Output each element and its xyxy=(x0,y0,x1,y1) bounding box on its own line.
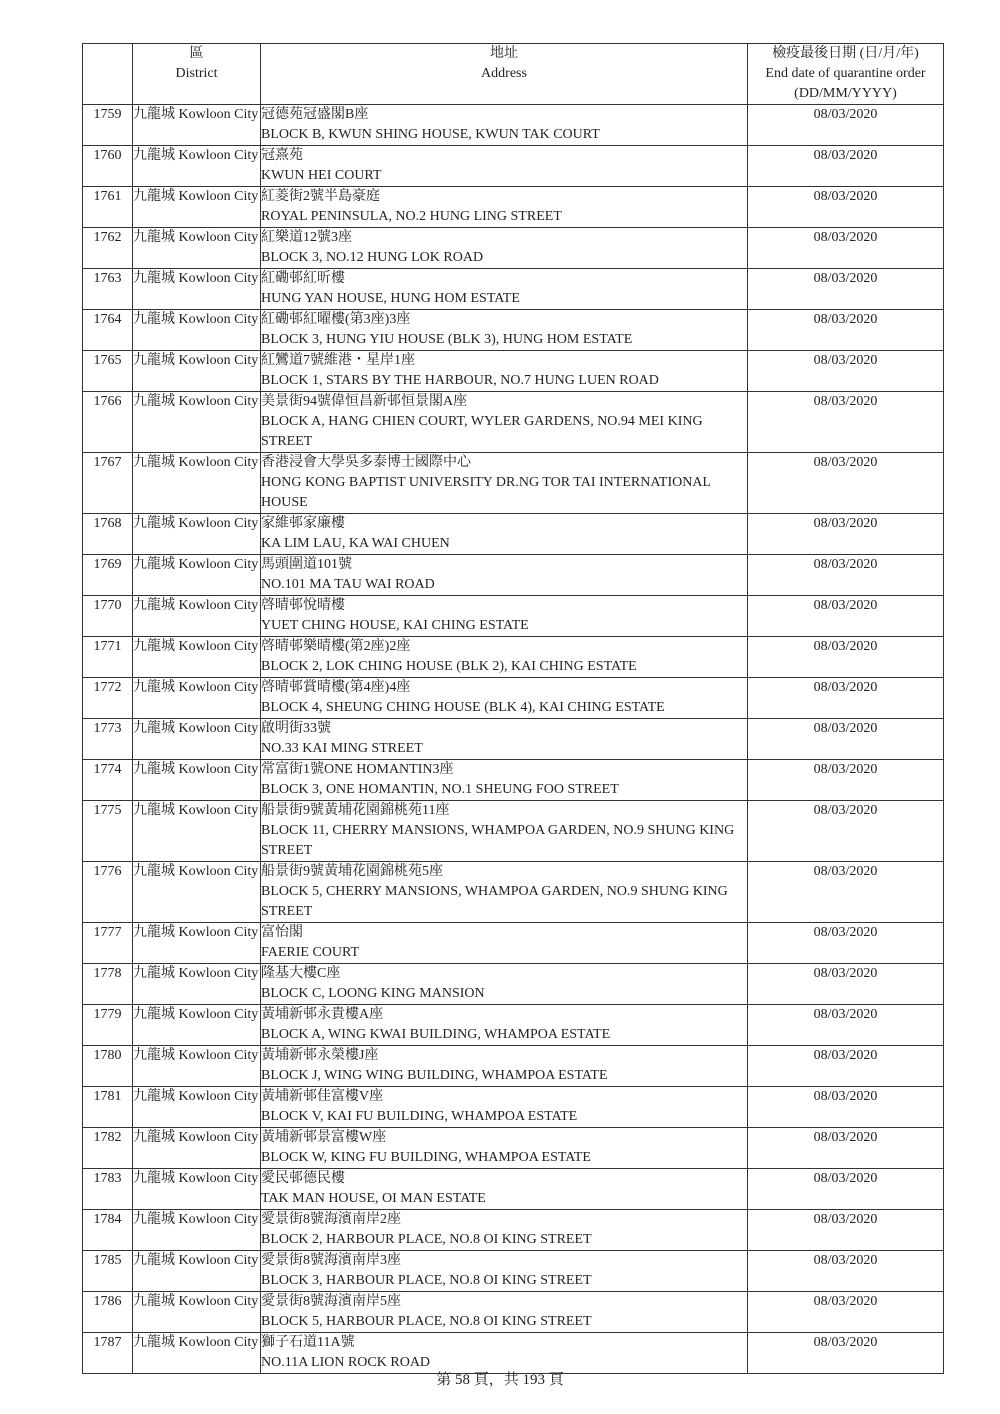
address-en: BLOCK 2, LOK CHING HOUSE (BLK 2), KAI CH… xyxy=(261,657,747,677)
row-district: 九龍城 Kowloon City xyxy=(133,801,261,862)
table-body: 1759九龍城 Kowloon City冠德苑冠盛閣B座BLOCK B, KWU… xyxy=(83,105,944,1374)
address-en: TAK MAN HOUSE, OI MAN ESTATE xyxy=(261,1189,747,1209)
address-zh: 黃埔新邨永貴樓A座 xyxy=(261,1005,747,1025)
address-en: KWUN HEI COURT xyxy=(261,166,747,186)
header-district: 區 District xyxy=(133,44,261,105)
row-number: 1772 xyxy=(83,678,133,719)
row-address: 紅樂道12號3座BLOCK 3, NO.12 HUNG LOK ROAD xyxy=(261,228,748,269)
address-en: BLOCK B, KWUN SHING HOUSE, KWUN TAK COUR… xyxy=(261,125,747,145)
table-row: 1761九龍城 Kowloon City紅菱街2號半島豪庭ROYAL PENIN… xyxy=(83,187,944,228)
row-district: 九龍城 Kowloon City xyxy=(133,1128,261,1169)
row-end-date: 08/03/2020 xyxy=(748,514,944,555)
address-en: BLOCK J, WING WING BUILDING, WHAMPOA EST… xyxy=(261,1066,747,1086)
row-address: 啟明街33號NO.33 KAI MING STREET xyxy=(261,719,748,760)
row-number: 1774 xyxy=(83,760,133,801)
row-number: 1770 xyxy=(83,596,133,637)
address-zh: 啓晴邨樂晴樓(第2座)2座 xyxy=(261,637,747,657)
row-number: 1764 xyxy=(83,310,133,351)
row-address: 冠熹苑KWUN HEI COURT xyxy=(261,146,748,187)
table-row: 1773九龍城 Kowloon City啟明街33號NO.33 KAI MING… xyxy=(83,719,944,760)
row-district: 九龍城 Kowloon City xyxy=(133,228,261,269)
row-address: 愛民邨德民樓TAK MAN HOUSE, OI MAN ESTATE xyxy=(261,1169,748,1210)
address-zh: 愛景街8號海濱南岸5座 xyxy=(261,1292,747,1312)
table-row: 1767九龍城 Kowloon City香港浸會大學吳多泰博士國際中心HONG … xyxy=(83,453,944,514)
address-zh: 黃埔新邨景富樓W座 xyxy=(261,1128,747,1148)
row-address: 黃埔新邨景富樓W座BLOCK W, KING FU BUILDING, WHAM… xyxy=(261,1128,748,1169)
row-number: 1786 xyxy=(83,1292,133,1333)
address-zh: 馬頭圍道101號 xyxy=(261,555,747,575)
table-row: 1777九龍城 Kowloon City富怡閣FAERIE COURT08/03… xyxy=(83,923,944,964)
table-row: 1764九龍城 Kowloon City紅磡邨紅曜樓(第3座)3座BLOCK 3… xyxy=(83,310,944,351)
row-address: 啓晴邨賞晴樓(第4座)4座BLOCK 4, SHEUNG CHING HOUSE… xyxy=(261,678,748,719)
row-number: 1781 xyxy=(83,1087,133,1128)
address-zh: 香港浸會大學吳多泰博士國際中心 xyxy=(261,453,747,473)
address-en: BLOCK V, KAI FU BUILDING, WHAMPOA ESTATE xyxy=(261,1107,747,1127)
table-row: 1760九龍城 Kowloon City冠熹苑KWUN HEI COURT08/… xyxy=(83,146,944,187)
table-row: 1779九龍城 Kowloon City黃埔新邨永貴樓A座BLOCK A, WI… xyxy=(83,1005,944,1046)
row-address: 香港浸會大學吳多泰博士國際中心HONG KONG BAPTIST UNIVERS… xyxy=(261,453,748,514)
row-district: 九龍城 Kowloon City xyxy=(133,1210,261,1251)
row-district: 九龍城 Kowloon City xyxy=(133,392,261,453)
address-zh: 愛景街8號海濱南岸2座 xyxy=(261,1210,747,1230)
row-end-date: 08/03/2020 xyxy=(748,637,944,678)
table-row: 1769九龍城 Kowloon City馬頭圍道101號NO.101 MA TA… xyxy=(83,555,944,596)
address-zh: 常富街1號ONE HOMANTIN3座 xyxy=(261,760,747,780)
address-en: BLOCK 3, ONE HOMANTIN, NO.1 SHEUNG FOO S… xyxy=(261,780,747,800)
address-zh: 紅菱街2號半島豪庭 xyxy=(261,187,747,207)
row-number: 1782 xyxy=(83,1128,133,1169)
table-row: 1776九龍城 Kowloon City船景街9號黃埔花園錦桃苑5座BLOCK … xyxy=(83,862,944,923)
row-number: 1776 xyxy=(83,862,133,923)
header-number xyxy=(83,44,133,105)
table-row: 1771九龍城 Kowloon City啓晴邨樂晴樓(第2座)2座BLOCK 2… xyxy=(83,637,944,678)
row-end-date: 08/03/2020 xyxy=(748,146,944,187)
header-address: 地址 Address xyxy=(261,44,748,105)
address-zh: 紅磡邨紅昕樓 xyxy=(261,269,747,289)
quarantine-address-table: 區 District 地址 Address 檢疫最後日期 (日/月/年) End… xyxy=(82,43,944,1374)
page-number: 第 58 頁，共 193 頁 xyxy=(0,1368,1000,1389)
address-zh: 船景街9號黃埔花園錦桃苑11座 xyxy=(261,801,747,821)
row-address: 美景街94號偉恒昌新邨恒景閣A座BLOCK A, HANG CHIEN COUR… xyxy=(261,392,748,453)
table-row: 1765九龍城 Kowloon City紅鸞道7號維港・星岸1座BLOCK 1,… xyxy=(83,351,944,392)
row-district: 九龍城 Kowloon City xyxy=(133,269,261,310)
row-end-date: 08/03/2020 xyxy=(748,1005,944,1046)
row-district: 九龍城 Kowloon City xyxy=(133,310,261,351)
row-address: 啓晴邨樂晴樓(第2座)2座BLOCK 2, LOK CHING HOUSE (B… xyxy=(261,637,748,678)
row-end-date: 08/03/2020 xyxy=(748,187,944,228)
header-date-en: End date of quarantine order xyxy=(748,64,943,84)
row-end-date: 08/03/2020 xyxy=(748,392,944,453)
row-end-date: 08/03/2020 xyxy=(748,228,944,269)
address-zh: 啓晴邨賞晴樓(第4座)4座 xyxy=(261,678,747,698)
row-number: 1771 xyxy=(83,637,133,678)
row-number: 1766 xyxy=(83,392,133,453)
table-row: 1782九龍城 Kowloon City黃埔新邨景富樓W座BLOCK W, KI… xyxy=(83,1128,944,1169)
address-en: BLOCK 3, HARBOUR PLACE, NO.8 OI KING STR… xyxy=(261,1271,747,1291)
row-district: 九龍城 Kowloon City xyxy=(133,1005,261,1046)
header-date-zh: 檢疫最後日期 (日/月/年) xyxy=(748,44,943,64)
row-district: 九龍城 Kowloon City xyxy=(133,964,261,1005)
row-number: 1780 xyxy=(83,1046,133,1087)
address-en: BLOCK 5, HARBOUR PLACE, NO.8 OI KING STR… xyxy=(261,1312,747,1332)
row-address: 冠德苑冠盛閣B座BLOCK B, KWUN SHING HOUSE, KWUN … xyxy=(261,105,748,146)
address-zh: 啟明街33號 xyxy=(261,719,747,739)
row-end-date: 08/03/2020 xyxy=(748,1292,944,1333)
row-number: 1775 xyxy=(83,801,133,862)
row-district: 九龍城 Kowloon City xyxy=(133,453,261,514)
row-address: 紅鸞道7號維港・星岸1座BLOCK 1, STARS BY THE HARBOU… xyxy=(261,351,748,392)
row-number: 1761 xyxy=(83,187,133,228)
row-district: 九龍城 Kowloon City xyxy=(133,637,261,678)
address-zh: 船景街9號黃埔花園錦桃苑5座 xyxy=(261,862,747,882)
table-row: 1766九龍城 Kowloon City美景街94號偉恒昌新邨恒景閣A座BLOC… xyxy=(83,392,944,453)
row-number: 1779 xyxy=(83,1005,133,1046)
row-address: 愛景街8號海濱南岸5座BLOCK 5, HARBOUR PLACE, NO.8 … xyxy=(261,1292,748,1333)
address-en: NO.101 MA TAU WAI ROAD xyxy=(261,575,747,595)
header-end-date: 檢疫最後日期 (日/月/年) End date of quarantine or… xyxy=(748,44,944,105)
row-end-date: 08/03/2020 xyxy=(748,596,944,637)
row-number: 1760 xyxy=(83,146,133,187)
row-number: 1765 xyxy=(83,351,133,392)
table-row: 1783九龍城 Kowloon City愛民邨德民樓TAK MAN HOUSE,… xyxy=(83,1169,944,1210)
header-district-zh: 區 xyxy=(133,44,260,64)
address-en: BLOCK 2, HARBOUR PLACE, NO.8 OI KING STR… xyxy=(261,1230,747,1250)
address-zh: 隆基大樓C座 xyxy=(261,964,747,984)
row-end-date: 08/03/2020 xyxy=(748,862,944,923)
row-end-date: 08/03/2020 xyxy=(748,1046,944,1087)
table-row: 1781九龍城 Kowloon City黃埔新邨佳富樓V座BLOCK V, KA… xyxy=(83,1087,944,1128)
row-address: 船景街9號黃埔花園錦桃苑11座BLOCK 11, CHERRY MANSIONS… xyxy=(261,801,748,862)
address-zh: 啓晴邨悅晴樓 xyxy=(261,596,747,616)
row-address: 家維邨家廉樓KA LIM LAU, KA WAI CHUEN xyxy=(261,514,748,555)
row-end-date: 08/03/2020 xyxy=(748,760,944,801)
table-row: 1770九龍城 Kowloon City啓晴邨悅晴樓YUET CHING HOU… xyxy=(83,596,944,637)
table-row: 1759九龍城 Kowloon City冠德苑冠盛閣B座BLOCK B, KWU… xyxy=(83,105,944,146)
row-district: 九龍城 Kowloon City xyxy=(133,351,261,392)
row-address: 紅磡邨紅曜樓(第3座)3座BLOCK 3, HUNG YIU HOUSE (BL… xyxy=(261,310,748,351)
row-number: 1767 xyxy=(83,453,133,514)
row-number: 1778 xyxy=(83,964,133,1005)
row-district: 九龍城 Kowloon City xyxy=(133,1087,261,1128)
address-en: HONG KONG BAPTIST UNIVERSITY DR.NG TOR T… xyxy=(261,473,747,513)
row-end-date: 08/03/2020 xyxy=(748,1128,944,1169)
address-zh: 紅樂道12號3座 xyxy=(261,228,747,248)
address-zh: 黃埔新邨永榮樓J座 xyxy=(261,1046,747,1066)
row-district: 九龍城 Kowloon City xyxy=(133,719,261,760)
row-number: 1773 xyxy=(83,719,133,760)
row-address: 紅菱街2號半島豪庭ROYAL PENINSULA, NO.2 HUNG LING… xyxy=(261,187,748,228)
row-number: 1762 xyxy=(83,228,133,269)
row-end-date: 08/03/2020 xyxy=(748,801,944,862)
address-en: BLOCK 3, HUNG YIU HOUSE (BLK 3), HUNG HO… xyxy=(261,330,747,350)
address-zh: 紅磡邨紅曜樓(第3座)3座 xyxy=(261,310,747,330)
table-row: 1784九龍城 Kowloon City愛景街8號海濱南岸2座BLOCK 2, … xyxy=(83,1210,944,1251)
table-row: 1786九龍城 Kowloon City愛景街8號海濱南岸5座BLOCK 5, … xyxy=(83,1292,944,1333)
row-address: 常富街1號ONE HOMANTIN3座BLOCK 3, ONE HOMANTIN… xyxy=(261,760,748,801)
row-number: 1768 xyxy=(83,514,133,555)
address-en: BLOCK W, KING FU BUILDING, WHAMPOA ESTAT… xyxy=(261,1148,747,1168)
row-address: 船景街9號黃埔花園錦桃苑5座BLOCK 5, CHERRY MANSIONS, … xyxy=(261,862,748,923)
table-row: 1763九龍城 Kowloon City紅磡邨紅昕樓HUNG YAN HOUSE… xyxy=(83,269,944,310)
address-en: BLOCK A, WING KWAI BUILDING, WHAMPOA EST… xyxy=(261,1025,747,1045)
address-zh: 冠熹苑 xyxy=(261,146,747,166)
address-en: HUNG YAN HOUSE, HUNG HOM ESTATE xyxy=(261,289,747,309)
row-end-date: 08/03/2020 xyxy=(748,1251,944,1292)
row-end-date: 08/03/2020 xyxy=(748,719,944,760)
row-district: 九龍城 Kowloon City xyxy=(133,1169,261,1210)
row-number: 1783 xyxy=(83,1169,133,1210)
address-en: ROYAL PENINSULA, NO.2 HUNG LING STREET xyxy=(261,207,747,227)
row-address: 愛景街8號海濱南岸3座BLOCK 3, HARBOUR PLACE, NO.8 … xyxy=(261,1251,748,1292)
address-zh: 獅子石道11A號 xyxy=(261,1333,747,1353)
address-zh: 冠德苑冠盛閣B座 xyxy=(261,105,747,125)
address-en: BLOCK 4, SHEUNG CHING HOUSE (BLK 4), KAI… xyxy=(261,698,747,718)
header-district-en: District xyxy=(133,64,260,84)
row-number: 1763 xyxy=(83,269,133,310)
row-address: 馬頭圍道101號NO.101 MA TAU WAI ROAD xyxy=(261,555,748,596)
row-number: 1784 xyxy=(83,1210,133,1251)
row-number: 1769 xyxy=(83,555,133,596)
address-en: BLOCK A, HANG CHIEN COURT, WYLER GARDENS… xyxy=(261,412,747,452)
row-district: 九龍城 Kowloon City xyxy=(133,1251,261,1292)
row-district: 九龍城 Kowloon City xyxy=(133,1292,261,1333)
row-address: 富怡閣FAERIE COURT xyxy=(261,923,748,964)
table-row: 1780九龍城 Kowloon City黃埔新邨永榮樓J座BLOCK J, WI… xyxy=(83,1046,944,1087)
address-en: YUET CHING HOUSE, KAI CHING ESTATE xyxy=(261,616,747,636)
address-en: BLOCK 11, CHERRY MANSIONS, WHAMPOA GARDE… xyxy=(261,821,747,861)
row-end-date: 08/03/2020 xyxy=(748,1210,944,1251)
row-district: 九龍城 Kowloon City xyxy=(133,1046,261,1087)
row-district: 九龍城 Kowloon City xyxy=(133,187,261,228)
table-row: 1772九龍城 Kowloon City啓晴邨賞晴樓(第4座)4座BLOCK 4… xyxy=(83,678,944,719)
header-address-en: Address xyxy=(261,64,747,84)
row-district: 九龍城 Kowloon City xyxy=(133,105,261,146)
address-zh: 黃埔新邨佳富樓V座 xyxy=(261,1087,747,1107)
address-zh: 愛民邨德民樓 xyxy=(261,1169,747,1189)
row-district: 九龍城 Kowloon City xyxy=(133,923,261,964)
address-en: BLOCK 1, STARS BY THE HARBOUR, NO.7 HUNG… xyxy=(261,371,747,391)
address-zh: 富怡閣 xyxy=(261,923,747,943)
row-district: 九龍城 Kowloon City xyxy=(133,678,261,719)
address-zh: 家維邨家廉樓 xyxy=(261,514,747,534)
row-district: 九龍城 Kowloon City xyxy=(133,146,261,187)
row-address: 紅磡邨紅昕樓HUNG YAN HOUSE, HUNG HOM ESTATE xyxy=(261,269,748,310)
row-end-date: 08/03/2020 xyxy=(748,310,944,351)
row-end-date: 08/03/2020 xyxy=(748,964,944,1005)
row-end-date: 08/03/2020 xyxy=(748,1169,944,1210)
table-row: 1762九龍城 Kowloon City紅樂道12號3座BLOCK 3, NO.… xyxy=(83,228,944,269)
row-address: 隆基大樓C座BLOCK C, LOONG KING MANSION xyxy=(261,964,748,1005)
row-end-date: 08/03/2020 xyxy=(748,351,944,392)
row-end-date: 08/03/2020 xyxy=(748,453,944,514)
row-district: 九龍城 Kowloon City xyxy=(133,596,261,637)
row-district: 九龍城 Kowloon City xyxy=(133,760,261,801)
address-en: KA LIM LAU, KA WAI CHUEN xyxy=(261,534,747,554)
row-number: 1785 xyxy=(83,1251,133,1292)
row-address: 黃埔新邨永貴樓A座BLOCK A, WING KWAI BUILDING, WH… xyxy=(261,1005,748,1046)
address-en: NO.33 KAI MING STREET xyxy=(261,739,747,759)
address-en: BLOCK 3, NO.12 HUNG LOK ROAD xyxy=(261,248,747,268)
table-row: 1775九龍城 Kowloon City船景街9號黃埔花園錦桃苑11座BLOCK… xyxy=(83,801,944,862)
row-end-date: 08/03/2020 xyxy=(748,923,944,964)
address-zh: 愛景街8號海濱南岸3座 xyxy=(261,1251,747,1271)
row-address: 黃埔新邨佳富樓V座BLOCK V, KAI FU BUILDING, WHAMP… xyxy=(261,1087,748,1128)
row-district: 九龍城 Kowloon City xyxy=(133,862,261,923)
row-end-date: 08/03/2020 xyxy=(748,1087,944,1128)
row-address: 啓晴邨悅晴樓YUET CHING HOUSE, KAI CHING ESTATE xyxy=(261,596,748,637)
row-end-date: 08/03/2020 xyxy=(748,105,944,146)
row-address: 愛景街8號海濱南岸2座BLOCK 2, HARBOUR PLACE, NO.8 … xyxy=(261,1210,748,1251)
row-number: 1759 xyxy=(83,105,133,146)
header-address-zh: 地址 xyxy=(261,44,747,64)
row-end-date: 08/03/2020 xyxy=(748,678,944,719)
address-zh: 美景街94號偉恒昌新邨恒景閣A座 xyxy=(261,392,747,412)
header-date-format: (DD/MM/YYYY) xyxy=(748,84,943,104)
table-row: 1774九龍城 Kowloon City常富街1號ONE HOMANTIN3座B… xyxy=(83,760,944,801)
address-en: BLOCK C, LOONG KING MANSION xyxy=(261,984,747,1004)
row-district: 九龍城 Kowloon City xyxy=(133,514,261,555)
row-end-date: 08/03/2020 xyxy=(748,555,944,596)
table-row: 1778九龍城 Kowloon City隆基大樓C座BLOCK C, LOONG… xyxy=(83,964,944,1005)
table-header-row: 區 District 地址 Address 檢疫最後日期 (日/月/年) End… xyxy=(83,44,944,105)
address-zh: 紅鸞道7號維港・星岸1座 xyxy=(261,351,747,371)
address-en: BLOCK 5, CHERRY MANSIONS, WHAMPOA GARDEN… xyxy=(261,882,747,922)
table-row: 1785九龍城 Kowloon City愛景街8號海濱南岸3座BLOCK 3, … xyxy=(83,1251,944,1292)
address-en: FAERIE COURT xyxy=(261,943,747,963)
row-address: 黃埔新邨永榮樓J座BLOCK J, WING WING BUILDING, WH… xyxy=(261,1046,748,1087)
row-district: 九龍城 Kowloon City xyxy=(133,555,261,596)
row-number: 1777 xyxy=(83,923,133,964)
table-row: 1768九龍城 Kowloon City家維邨家廉樓KA LIM LAU, KA… xyxy=(83,514,944,555)
row-end-date: 08/03/2020 xyxy=(748,269,944,310)
